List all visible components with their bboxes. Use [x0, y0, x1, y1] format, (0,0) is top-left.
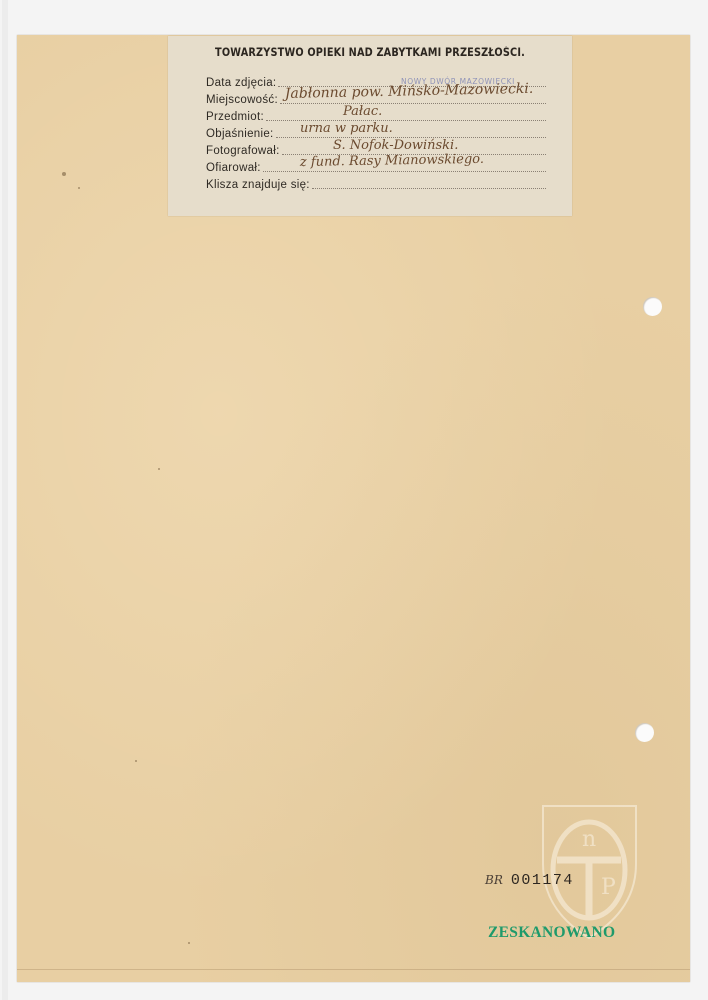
paper-speck: [158, 468, 160, 470]
paper-speck: [78, 187, 80, 189]
scanned-stamp: ZESKANOWANO: [488, 924, 615, 942]
field-label-photographer: Fotografował:: [206, 144, 280, 158]
handwritten-object: Pałac.: [343, 104, 382, 119]
svg-text:n: n: [582, 827, 596, 852]
inventory-prefix: BR: [485, 873, 503, 887]
field-label-donor: Ofiarował:: [206, 161, 261, 175]
label-title: TOWARZYSTWO OPIEKI NAD ZABYTKAMI PRZESZŁ…: [196, 46, 543, 59]
field-dots: [280, 102, 546, 104]
catalogue-label: TOWARZYSTWO OPIEKI NAD ZABYTKAMI PRZESZŁ…: [168, 36, 572, 216]
inventory-digits: 001174: [511, 872, 574, 889]
paper-fold-line: [17, 969, 690, 970]
field-dots: [263, 170, 546, 172]
punch-hole: [635, 723, 654, 742]
inventory-number: BR 001174: [485, 872, 574, 889]
field-label-place: Miejscowość:: [206, 93, 278, 107]
field-row-negative: Klisza znajduje się:: [206, 176, 546, 192]
field-label-date: Data zdjęcia:: [206, 76, 276, 90]
svg-text:P: P: [601, 875, 616, 900]
handwritten-photographer: S. Nofok-Dowiński.: [333, 138, 458, 153]
paper-speck: [62, 172, 66, 176]
document-page: TOWARZYSTWO OPIEKI NAD ZABYTKAMI PRZESZŁ…: [17, 35, 690, 982]
paper-speck: [188, 942, 190, 944]
field-label-description: Objaśnienie:: [206, 127, 274, 141]
handwritten-donor: z fund. Rasy Mianowskiego.: [300, 152, 484, 170]
punch-hole: [643, 297, 662, 316]
scanner-edge: [2, 0, 8, 1000]
field-dots: [312, 187, 546, 189]
handwritten-description: urna w parku.: [300, 121, 393, 136]
field-label-object: Przedmiot:: [206, 110, 264, 124]
paper-speck: [135, 760, 137, 762]
field-label-negative: Klisza znajduje się:: [206, 178, 310, 192]
